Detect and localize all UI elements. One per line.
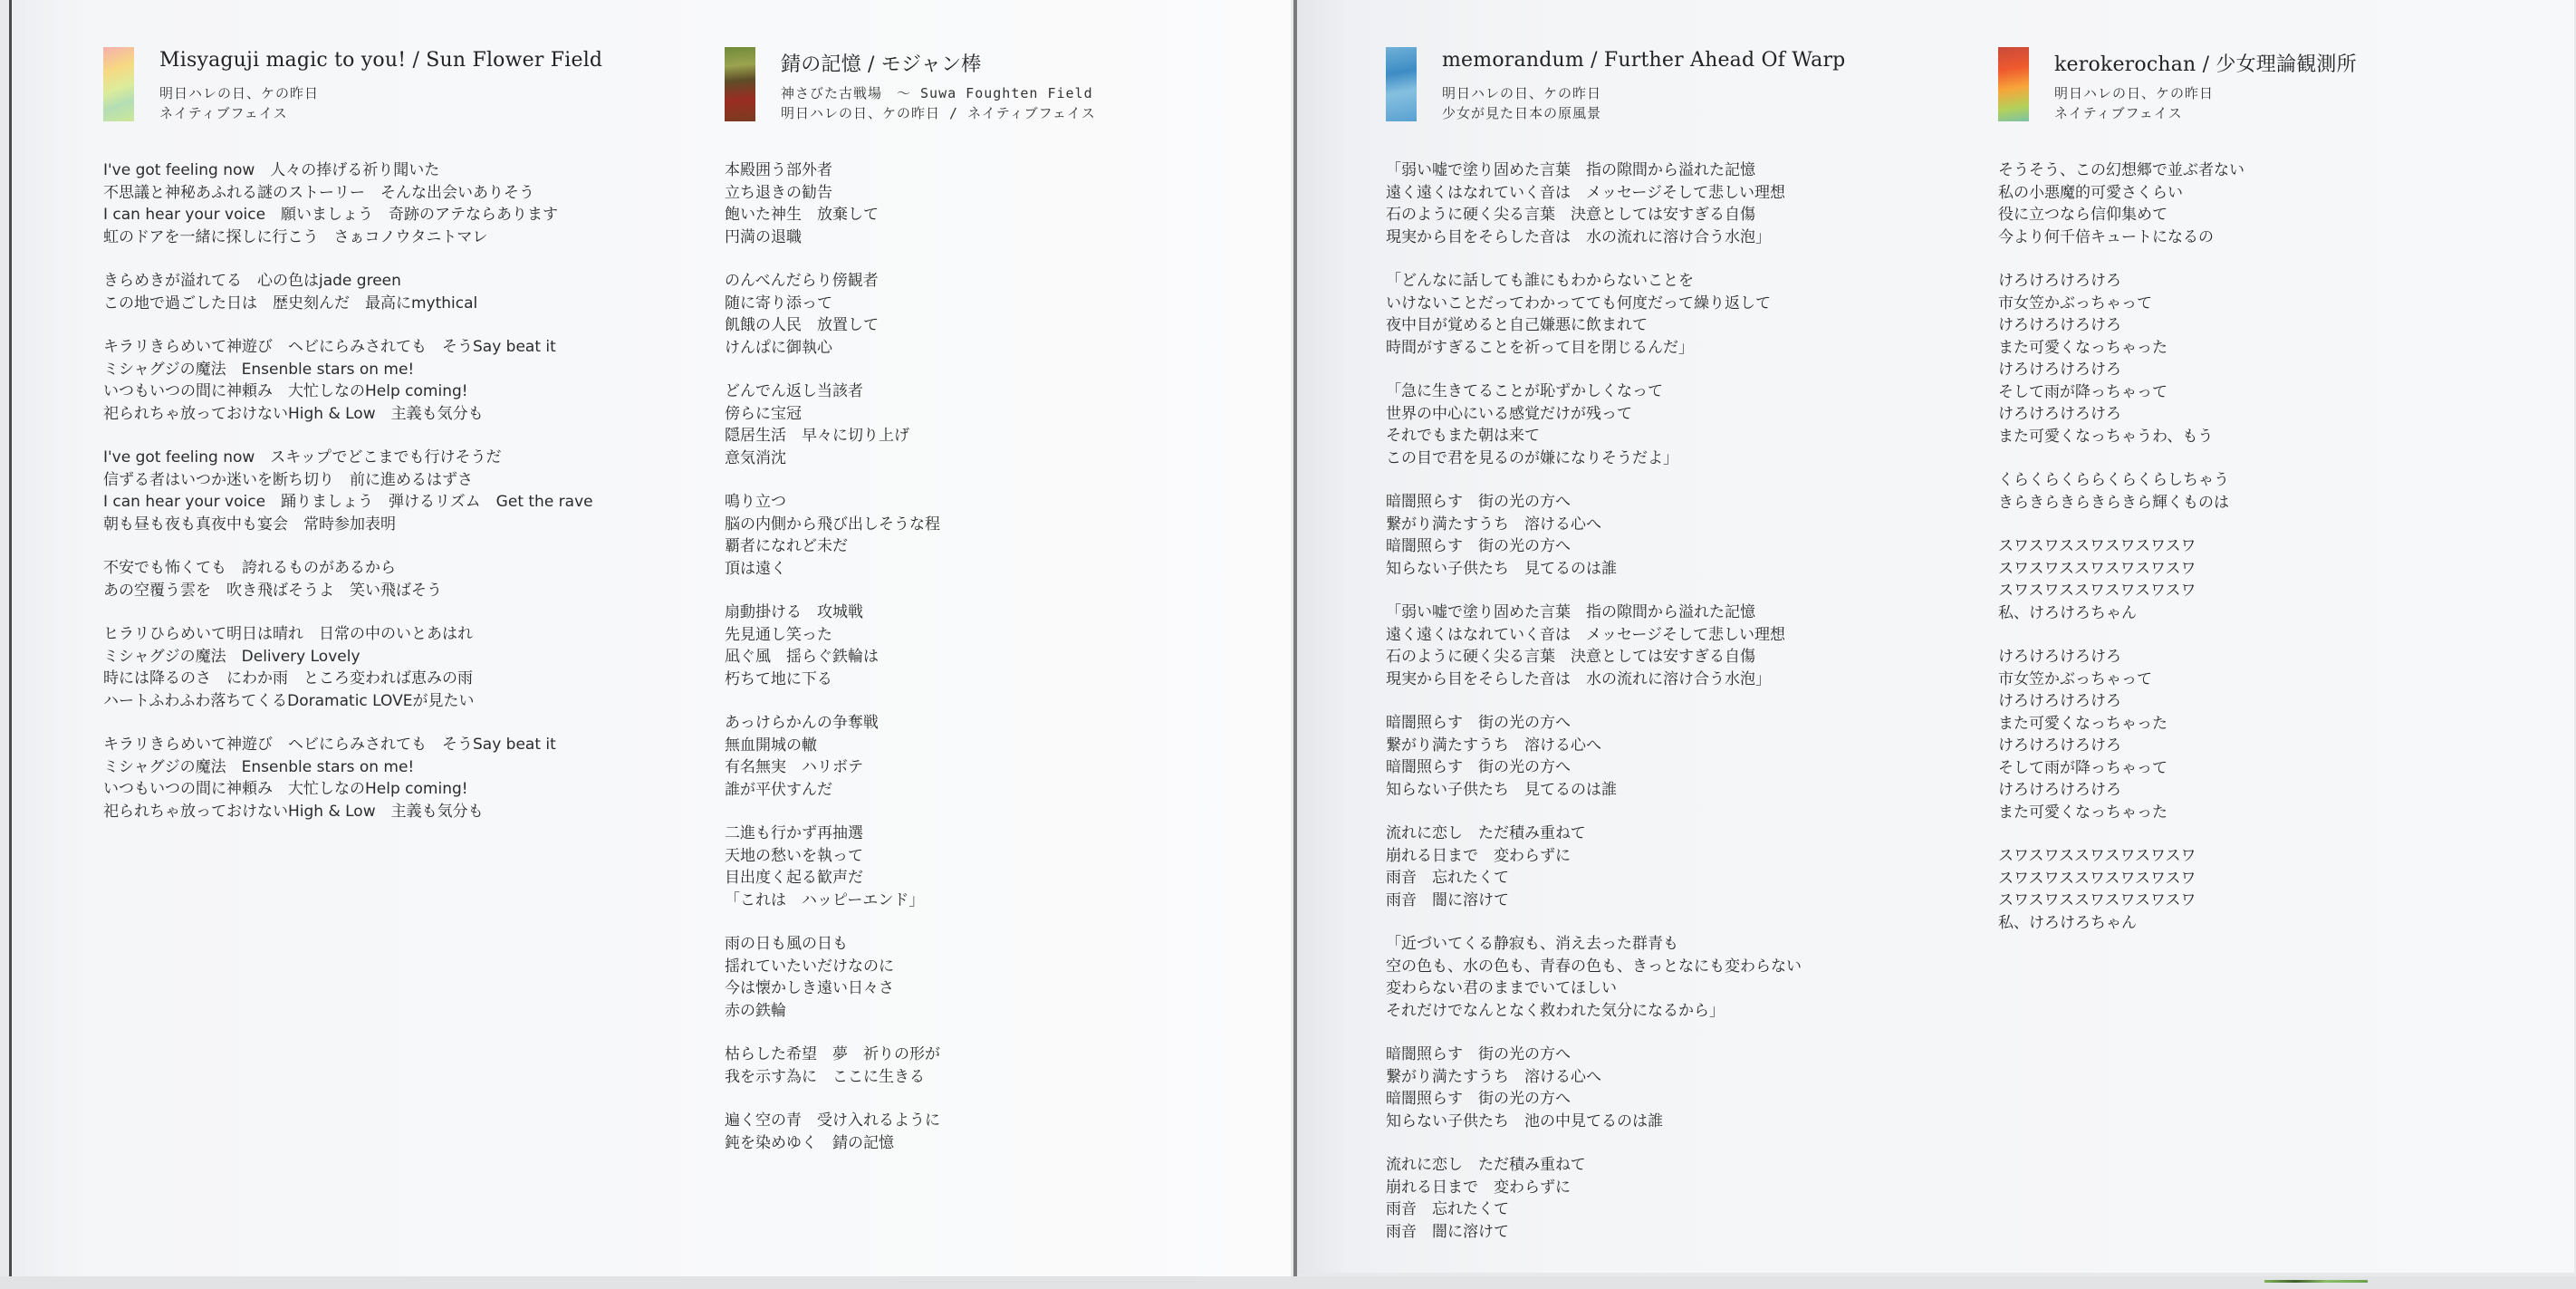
song-block-memorandum: memorandum / Further Ahead Of Warp 明日ハレの… xyxy=(1386,47,1802,1265)
album-art-thumbnail-icon xyxy=(1386,47,1417,121)
song-source-line-2: ネイティブフェイス xyxy=(159,103,288,122)
lyric-line: 役に立つなら信仰集めて xyxy=(1998,204,2244,226)
lyric-line: 暗闇照らす 街の光の方へ xyxy=(1386,1044,1802,1066)
lyric-line: 今より何千倍キュートになるの xyxy=(1998,226,2244,249)
song-title: memorandum / Further Ahead Of Warp xyxy=(1442,49,1845,72)
lyric-line: 雨音 忘れたくて xyxy=(1386,867,1802,890)
lyric-line: 不安でも怖くても 誇れるものがあるから xyxy=(103,557,593,580)
lyric-line: 飽いた神生 放棄して xyxy=(725,204,940,226)
lyric-stanza: 暗闇照らす 街の光の方へ繋がり満たすうち 溶ける心へ暗闇照らす 街の光の方へ知ら… xyxy=(1386,491,1802,580)
lyric-line: 意気消沈 xyxy=(725,447,940,470)
album-art-thumbnail-icon xyxy=(103,47,134,121)
lyric-stanza: 暗闇照らす 街の光の方へ繋がり満たすうち 溶ける心へ暗闇照らす 街の光の方へ知ら… xyxy=(1386,712,1802,801)
lyric-line: 鈍を染めゆく 錆の記憶 xyxy=(725,1132,940,1155)
lyric-stanza: あっけらかんの争奪戦無血開城の轍有名無実 ハリボテ誰が平伏すんだ xyxy=(725,712,940,801)
lyric-line: 暗闇照らす 街の光の方へ xyxy=(1386,756,1802,779)
lyric-line: 私、けろけろちゃん xyxy=(1998,912,2244,935)
scanner-bed-edge xyxy=(0,1276,2576,1289)
lyric-line: 空の色も、水の色も、青春の色も、きっとなにも変わらない xyxy=(1386,956,1802,978)
lyric-line: I've got feeling now 人々の捧げる祈り聞いた xyxy=(103,159,593,182)
lyric-line: けろけろけろけろ xyxy=(1998,690,2244,713)
lyric-stanza: キラリきらめいて神遊び ヘビにらみされても そうSay beat itミシャグジ… xyxy=(103,734,593,822)
lyric-line: きらめきが溢れてる 心の色はjade green xyxy=(103,270,593,293)
lyric-stanza: 「どんなに話しても誰にもわからないことをいけないことだってわかってても何度だって… xyxy=(1386,270,1802,359)
lyric-line: I can hear your voice 踊りましょう 弾けるリズム Get … xyxy=(103,491,593,514)
lyric-line: 石のように硬く尖る言葉 決意としては安すぎる自傷 xyxy=(1386,204,1802,226)
lyric-line: 有名無実 ハリボテ xyxy=(725,756,940,779)
lyric-line: 暗闇照らす 街の光の方へ xyxy=(1386,535,1802,558)
lyric-line: けろけろけろけろ xyxy=(1998,359,2244,381)
lyric-line: 飢餓の人民 放置して xyxy=(725,314,940,337)
lyric-line: スワスワススワスワスワスワ xyxy=(1998,868,2244,890)
lyric-line: きらきらきらきらきら輝くものは xyxy=(1998,492,2244,515)
lyric-line: 崩れる日まで 変わらずに xyxy=(1386,1177,1802,1199)
lyric-line: 石のように硬く尖る言葉 決意としては安すぎる自傷 xyxy=(1386,646,1802,669)
lyric-line: 雨音 闇に溶けて xyxy=(1386,1221,1802,1244)
lyric-line: 知らない子供たち 見てるのは誰 xyxy=(1386,558,1802,581)
lyric-line: 「近づいてくる静寂も、消え去った群青も xyxy=(1386,933,1802,956)
lyric-line: 夜中目が覚めると自己嫌悪に飲まれて xyxy=(1386,314,1802,337)
lyric-line: 暗闇照らす 街の光の方へ xyxy=(1386,491,1802,514)
lyric-line: 私、けろけろちゃん xyxy=(1998,602,2244,625)
lyric-line: それでもまた朝は来て xyxy=(1386,425,1802,447)
lyric-line: 世界の中心にいる感覚だけが残って xyxy=(1386,403,1802,426)
lyric-stanza: スワスワススワスワスワスワスワスワススワスワスワスワスワスワススワスワスワスワ私… xyxy=(1998,535,2244,624)
lyrics-body: 本殿囲う部外者立ち退きの勧告飽いた神生 放棄して円満の退職のんべんだらり傍観者随… xyxy=(725,159,940,1154)
lyric-line: 目出度く起る歓声だ xyxy=(725,867,940,890)
lyric-stanza: 「近づいてくる静寂も、消え去った群青も空の色も、水の色も、青春の色も、きっとなに… xyxy=(1386,933,1802,1022)
lyric-line: のんべんだらり傍観者 xyxy=(725,270,940,293)
lyric-stanza: 本殿囲う部外者立ち退きの勧告飽いた神生 放棄して円満の退職 xyxy=(725,159,940,248)
song-header: Misyaguji magic to you! / Sun Flower Fie… xyxy=(103,47,593,132)
lyric-stanza: けろけろけろけろ市女笠かぶっちゃってけろけろけろけろまた可愛くなっちゃったけろけ… xyxy=(1998,646,2244,823)
song-source-line-1: 明日ハレの日、ケの昨日 xyxy=(1442,83,1601,102)
song-source-line-1: 神さびた古戦場 ～ Suwa Foughten Field xyxy=(781,83,1093,102)
lyric-stanza: どんでん返し当該者傍らに宝冠隠居生活 早々に切り上げ意気消沈 xyxy=(725,380,940,469)
song-title: 錆の記憶 / モジャン棒 xyxy=(781,49,981,77)
lyric-line: 枯らした希望 夢 祈りの形が xyxy=(725,1044,940,1066)
lyric-line: ハートふわふわ落ちてくるDoramatic LOVEが見たい xyxy=(103,690,593,713)
song-source-line-2: ネイティブフェイス xyxy=(2054,103,2183,122)
lyric-line: いつもいつの間に神頼み 大忙しなのHelp coming! xyxy=(103,778,593,801)
lyric-stanza: 枯らした希望 夢 祈りの形が我を示す為に ここに生きる xyxy=(725,1044,940,1088)
lyric-stanza: I've got feeling now 人々の捧げる祈り聞いた不思議と神秘あふ… xyxy=(103,159,593,248)
lyric-line: 傍らに宝冠 xyxy=(725,403,940,426)
lyric-stanza: 不安でも怖くても 誇れるものがあるからあの空覆う雲を 吹き飛ばそうよ 笑い飛ばそ… xyxy=(103,557,593,601)
song-header: 錆の記憶 / モジャン棒 神さびた古戦場 ～ Suwa Foughten Fie… xyxy=(725,47,940,132)
lyric-line: スワスワススワスワスワスワ xyxy=(1998,580,2244,602)
lyric-stanza: 二進も行かず再抽選天地の愁いを執って目出度く起る歓声だ「これは ハッピーエンド」 xyxy=(725,822,940,911)
lyrics-body: そうそう、この幻想郷で並ぶ者ない私の小悪魔的可愛さくらい役に立つなら信仰集めて今… xyxy=(1998,159,2244,934)
lyric-line: 赤の鉄輪 xyxy=(725,1000,940,1023)
lyric-stanza: キラリきらめいて神遊び ヘビにらみされても そうSay beat itミシャグジ… xyxy=(103,336,593,425)
lyric-line: 時には降るのさ にわか雨 ところ変われば恵みの雨 xyxy=(103,668,593,690)
lyric-stanza: スワスワススワスワスワスワスワスワススワスワスワスワスワスワススワスワスワスワ私… xyxy=(1998,845,2244,934)
lyric-stanza: 雨の日も風の日も揺れていたいだけなのに今は懐かしき遠い日々さ赤の鉄輪 xyxy=(725,933,940,1022)
lyric-stanza: 「急に生きてることが恥ずかしくなって世界の中心にいる感覚だけが残ってそれでもまた… xyxy=(1386,380,1802,469)
lyric-line: そして雨が降っちゃって xyxy=(1998,757,2244,780)
lyric-line: キラリきらめいて神遊び ヘビにらみされても そうSay beat it xyxy=(103,734,593,756)
album-art-thumbnail-icon xyxy=(1998,47,2029,121)
lyric-line: あの空覆う雲を 吹き飛ばそうよ 笑い飛ばそう xyxy=(103,580,593,602)
lyric-line: 脳の内側から飛び出しそうな程 xyxy=(725,514,940,536)
song-block-sabi-no-kioku: 錆の記憶 / モジャン棒 神さびた古戦場 ～ Suwa Foughten Fie… xyxy=(725,47,940,1176)
lyric-stanza: くらくらくららくらくらしちゃうきらきらきらきらきら輝くものは xyxy=(1998,469,2244,514)
lyric-line: 凪ぐ風 揺らぐ鉄輪は xyxy=(725,646,940,669)
lyric-line: いけないことだってわかってても何度だって繰り返して xyxy=(1386,293,1802,315)
song-header: memorandum / Further Ahead Of Warp 明日ハレの… xyxy=(1386,47,1802,132)
lyric-line: ミシャグジの魔法 Ensenble stars on me! xyxy=(103,359,593,381)
song-header: kerokerochan / 少女理論観測所 明日ハレの日、ケの昨日 ネイティブ… xyxy=(1998,47,2244,132)
lyric-line: この目で君を見るのが嫌になりそうだよ」 xyxy=(1386,447,1802,470)
lyric-line: キラリきらめいて神遊び ヘビにらみされても そうSay beat it xyxy=(103,336,593,359)
lyric-line: 祀られちゃ放っておけないHigh & Low 主義も気分も xyxy=(103,403,593,426)
lyric-line: そうそう、この幻想郷で並ぶ者ない xyxy=(1998,159,2244,182)
song-source-line-1: 明日ハレの日、ケの昨日 xyxy=(159,83,319,102)
lyric-line: けろけろけろけろ xyxy=(1998,403,2244,426)
lyric-line: 不思議と神秘あふれる謎のストーリー そんな出会いありそう xyxy=(103,182,593,205)
lyric-line: いつもいつの間に神頼み 大忙しなのHelp coming! xyxy=(103,380,593,403)
lyric-line: くらくらくららくらくらしちゃう xyxy=(1998,469,2244,492)
lyric-line: 市女笠かぶっちゃって xyxy=(1998,669,2244,691)
lyric-line: 「これは ハッピーエンド」 xyxy=(725,890,940,912)
lyric-line: 変わらない君のままでいてほしい xyxy=(1386,977,1802,1000)
lyric-line: スワスワススワスワスワスワ xyxy=(1998,535,2244,558)
lyric-stanza: I've got feeling now スキップでどこまでも行けそうだ信ずる者… xyxy=(103,447,593,535)
lyric-line: 「どんなに話しても誰にもわからないことを xyxy=(1386,270,1802,293)
lyric-line: 遠く遠くはなれていく音は メッセージそして悲しい理想 xyxy=(1386,182,1802,205)
lyric-line: 信ずる者はいつか迷いを断ち切り 前に進めるはずさ xyxy=(103,469,593,492)
lyric-line: スワスワススワスワスワスワ xyxy=(1998,558,2244,581)
lyric-line: 時間がすぎることを祈って目を閉じるんだ」 xyxy=(1386,337,1802,360)
lyric-line: けろけろけろけろ xyxy=(1998,646,2244,669)
lyric-line: 虹のドアを一緒に探しに行こう さぁコノウタニトマレ xyxy=(103,226,593,249)
lyric-stanza: ヒラリひらめいて明日は晴れ 日常の中のいとあはれミシャグジの魔法 Deliver… xyxy=(103,623,593,712)
lyric-line: ヒラリひらめいて明日は晴れ 日常の中のいとあはれ xyxy=(103,623,593,646)
lyric-line: 現実から目をそらした音は 水の流れに溶け合う水泡」 xyxy=(1386,669,1802,691)
lyric-line: ミシャグジの魔法 Delivery Lovely xyxy=(103,646,593,669)
lyric-line: スワスワススワスワスワスワ xyxy=(1998,890,2244,912)
lyric-line: また可愛くなっちゃった xyxy=(1998,713,2244,736)
lyric-line: 朽ちて地に下る xyxy=(725,669,940,691)
lyric-stanza: 鳴り立つ脳の内側から飛び出しそうな程覇者になれど未だ頂は遠く xyxy=(725,491,940,580)
lyric-line: 二進も行かず再抽選 xyxy=(725,822,940,845)
song-source-line-2: 明日ハレの日、ケの昨日 / ネイティブフェイス xyxy=(781,103,1096,122)
lyric-line: それだけでなんとなく救われた気分になるから」 xyxy=(1386,1000,1802,1023)
back-cover-edge xyxy=(2264,1280,2368,1283)
lyric-line: 雨の日も風の日も xyxy=(725,933,940,956)
lyric-line: ミシャグジの魔法 Ensenble stars on me! xyxy=(103,756,593,779)
lyric-line: 雨音 忘れたくて xyxy=(1386,1198,1802,1221)
lyric-stanza: 流れに恋し ただ積み重ねて崩れる日まで 変わらずに雨音 忘れたくて雨音 闇に溶け… xyxy=(1386,822,1802,911)
lyric-stanza: 「弱い嘘で塗り固めた言葉 指の隙間から溢れた記憶遠く遠くはなれていく音は メッセ… xyxy=(1386,601,1802,690)
song-source-line-2: 少女が見た日本の原風景 xyxy=(1442,103,1601,122)
lyric-line: 市女笠かぶっちゃって xyxy=(1998,293,2244,315)
lyric-line: けろけろけろけろ xyxy=(1998,779,2244,802)
lyric-line: この地で過ごした日は 歴史刻んだ 最高にmythical xyxy=(103,293,593,315)
lyrics-body: I've got feeling now 人々の捧げる祈り聞いた不思議と神秘あふ… xyxy=(103,159,593,822)
lyric-line: 立ち退きの勧告 xyxy=(725,182,940,205)
song-title: Misyaguji magic to you! / Sun Flower Fie… xyxy=(159,49,602,72)
lyric-line: 流れに恋し ただ積み重ねて xyxy=(1386,822,1802,845)
lyric-line: I can hear your voice 願いましょう 奇跡のアテならあります xyxy=(103,204,593,226)
lyric-stanza: 流れに恋し ただ積み重ねて崩れる日まで 変わらずに雨音 忘れたくて雨音 闇に溶け… xyxy=(1386,1154,1802,1243)
lyric-line: 知らない子供たち 見てるのは誰 xyxy=(1386,779,1802,802)
lyric-line: 遍く空の青 受け入れるように xyxy=(725,1110,940,1132)
lyric-line: 暗闇照らす 街の光の方へ xyxy=(1386,712,1802,735)
lyric-line: そして雨が降っちゃって xyxy=(1998,381,2244,404)
lyric-line: 本殿囲う部外者 xyxy=(725,159,940,182)
lyric-line: 私の小悪魔的可愛さくらい xyxy=(1998,182,2244,205)
lyric-line: 流れに恋し ただ積み重ねて xyxy=(1386,1154,1802,1177)
lyric-stanza: のんべんだらり傍観者随に寄り添って飢餓の人民 放置してけんぱに御執心 xyxy=(725,270,940,359)
lyric-line: 暗闇照らす 街の光の方へ xyxy=(1386,1088,1802,1111)
lyric-stanza: そうそう、この幻想郷で並ぶ者ない私の小悪魔的可愛さくらい役に立つなら信仰集めて今… xyxy=(1998,159,2244,248)
lyric-line: 雨音 闇に溶けて xyxy=(1386,890,1802,912)
lyric-line: あっけらかんの争奪戦 xyxy=(725,712,940,735)
lyric-stanza: きらめきが溢れてる 心の色はjade greenこの地で過ごした日は 歴史刻んだ… xyxy=(103,270,593,314)
lyric-line: 鳴り立つ xyxy=(725,491,940,514)
lyric-line: また可愛くなっちゃうわ、もう xyxy=(1998,426,2244,448)
song-block-misyaguji-magic: Misyaguji magic to you! / Sun Flower Fie… xyxy=(103,47,593,844)
lyric-stanza: けろけろけろけろ市女笠かぶっちゃってけろけろけろけろまた可愛くなっちゃったけろけ… xyxy=(1998,270,2244,447)
lyric-line: 繋がり満たすうち 溶ける心へ xyxy=(1386,1066,1802,1089)
album-art-thumbnail-icon xyxy=(725,47,755,121)
song-block-kerokerochan: kerokerochan / 少女理論観測所 明日ハレの日、ケの昨日 ネイティブ… xyxy=(1998,47,2244,956)
lyric-line: 今は懐かしき遠い日々さ xyxy=(725,977,940,1000)
lyric-line: けろけろけろけろ xyxy=(1998,270,2244,293)
lyric-line: 遠く遠くはなれていく音は メッセージそして悲しい理想 xyxy=(1386,624,1802,647)
lyric-line: 知らない子供たち 池の中見てるのは誰 xyxy=(1386,1111,1802,1133)
lyric-stanza: 「弱い嘘で塗り固めた言葉 指の隙間から溢れた記憶遠く遠くはなれていく音は メッセ… xyxy=(1386,159,1802,248)
lyric-line: 我を示す為に ここに生きる xyxy=(725,1066,940,1089)
lyric-line: けんぱに御執心 xyxy=(725,337,940,360)
lyric-line: 崩れる日まで 変わらずに xyxy=(1386,845,1802,868)
lyric-line: 朝も昼も夜も真夜中も宴会 常時参加表明 xyxy=(103,514,593,536)
lyric-line: 扇動掛ける 攻城戦 xyxy=(725,601,940,624)
lyric-line: けろけろけろけろ xyxy=(1998,314,2244,337)
lyric-stanza: 暗闇照らす 街の光の方へ繋がり満たすうち 溶ける心へ暗闇照らす 街の光の方へ知ら… xyxy=(1386,1044,1802,1132)
lyric-line: 繋がり満たすうち 溶ける心へ xyxy=(1386,514,1802,536)
lyric-stanza: 扇動掛ける 攻城戦先見通し笑った凪ぐ風 揺らぐ鉄輪は朽ちて地に下る xyxy=(725,601,940,690)
lyric-line: 現実から目をそらした音は 水の流れに溶け合う水泡」 xyxy=(1386,226,1802,249)
booklet-spread: Misyaguji magic to you! / Sun Flower Fie… xyxy=(0,0,2576,1289)
lyric-line: 天地の愁いを執って xyxy=(725,845,940,868)
song-title: kerokerochan / 少女理論観測所 xyxy=(2054,49,2357,77)
lyric-line: また可愛くなっちゃった xyxy=(1998,802,2244,824)
lyric-stanza: 遍く空の青 受け入れるように鈍を染めゆく 錆の記憶 xyxy=(725,1110,940,1154)
lyric-line: どんでん返し当該者 xyxy=(725,380,940,403)
lyric-line: 「弱い嘘で塗り固めた言葉 指の隙間から溢れた記憶 xyxy=(1386,601,1802,624)
lyric-line: 頂は遠く xyxy=(725,558,940,581)
lyric-line: 無血開城の轍 xyxy=(725,735,940,757)
lyric-line: 「弱い嘘で塗り固めた言葉 指の隙間から溢れた記憶 xyxy=(1386,159,1802,182)
lyric-line: けろけろけろけろ xyxy=(1998,735,2244,757)
lyric-line: 「急に生きてることが恥ずかしくなって xyxy=(1386,380,1802,403)
lyric-line: 覇者になれど未だ xyxy=(725,535,940,558)
lyric-line: 揺れていたいだけなのに xyxy=(725,956,940,978)
song-source-line-1: 明日ハレの日、ケの昨日 xyxy=(2054,83,2214,102)
lyric-line: 繋がり満たすうち 溶ける心へ xyxy=(1386,735,1802,757)
lyric-line: 円満の退職 xyxy=(725,226,940,249)
lyrics-body: 「弱い嘘で塗り固めた言葉 指の隙間から溢れた記憶遠く遠くはなれていく音は メッセ… xyxy=(1386,159,1802,1243)
lyric-line: 祀られちゃ放っておけないHigh & Low 主義も気分も xyxy=(103,801,593,823)
lyric-line: また可愛くなっちゃった xyxy=(1998,337,2244,360)
lyric-line: スワスワススワスワスワスワ xyxy=(1998,845,2244,868)
lyric-line: 誰が平伏すんだ xyxy=(725,779,940,802)
lyric-line: I've got feeling now スキップでどこまでも行けそうだ xyxy=(103,447,593,469)
lyric-line: 先見通し笑った xyxy=(725,624,940,647)
lyric-line: 随に寄り添って xyxy=(725,293,940,315)
lyric-line: 隠居生活 早々に切り上げ xyxy=(725,425,940,447)
